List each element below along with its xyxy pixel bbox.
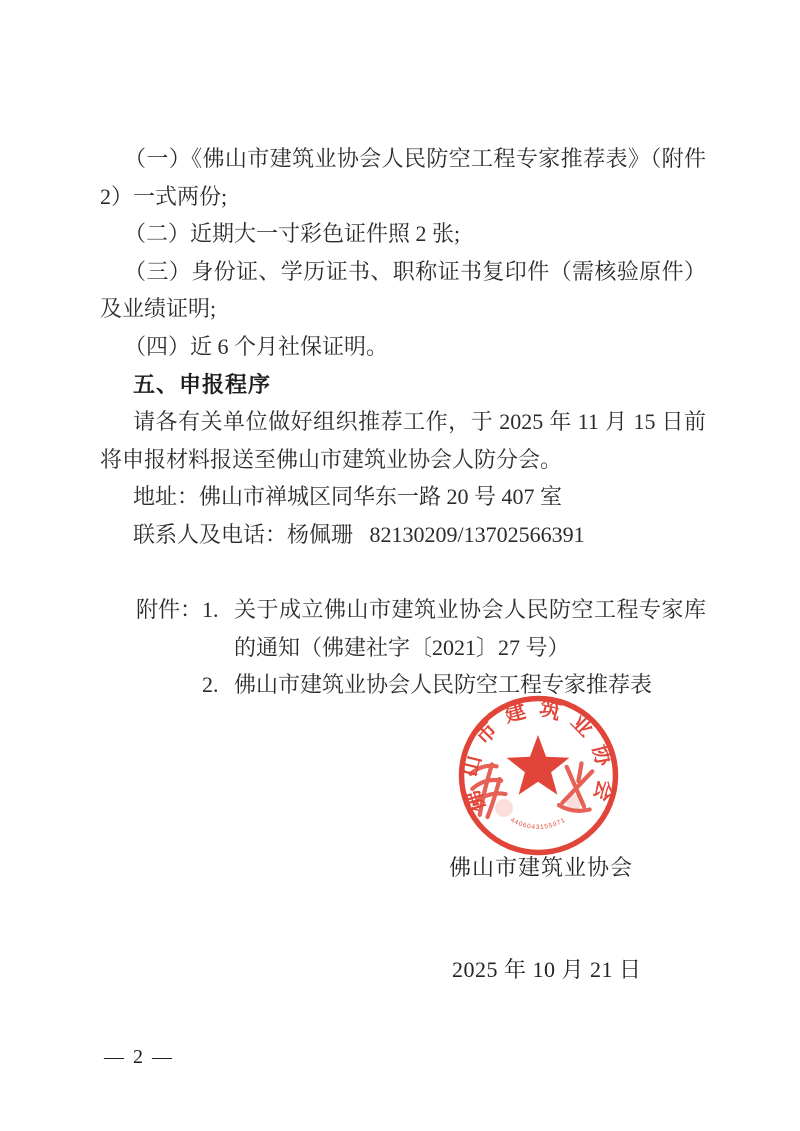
document-page: （一）《佛山市建筑业协会人民防空工程专家推荐表》（附件 2）一式两份; （二）近… xyxy=(0,0,800,1131)
attachment-item-2: 2. 佛山市建筑业协会人民防空工程专家推荐表 xyxy=(202,666,706,704)
signature-organization: 佛山市建筑业协会 xyxy=(449,851,642,885)
section-paragraph-line-1: 请各有关单位做好组织推荐工作，于 2025 年 11 月 15 日前 xyxy=(100,403,706,441)
list-item-1-line-1: （一）《佛山市建筑业协会人民防空工程专家推荐表》（附件 xyxy=(100,140,706,178)
signature-block: 佛山市建筑业协会 2025 年 10 月 21 日 xyxy=(449,783,642,1055)
signature-date: 2025 年 10 月 21 日 xyxy=(449,953,642,987)
list-item-3-line-1: （三）身份证、学历证书、职称证书复印件（需核验原件） xyxy=(100,253,706,291)
list-item-3-line-2: 及业绩证明; xyxy=(100,290,706,328)
section-paragraph-line-2: 将申报材料报送至佛山市建筑业协会人防分会。 xyxy=(100,441,706,479)
attachment-2-line: 佛山市建筑业协会人民防空工程专家推荐表 xyxy=(234,666,706,704)
attachments-label: 附件： xyxy=(136,591,202,629)
address-line: 地址：佛山市禅城区同华东一路 20 号 407 室 xyxy=(100,478,706,516)
document-body: （一）《佛山市建筑业协会人民防空工程专家推荐表》（附件 2）一式两份; （二）近… xyxy=(100,140,706,704)
list-item-2: （二）近期大一寸彩色证件照 2 张; xyxy=(100,215,706,253)
page-number: — 2 — xyxy=(104,1046,174,1069)
attachment-2-number: 2. xyxy=(202,666,234,704)
attachment-1-number: 1. xyxy=(202,591,234,629)
attachment-2-text: 佛山市建筑业协会人民防空工程专家推荐表 xyxy=(234,666,706,704)
contact-line: 联系人及电话：杨佩珊 82130209/13702566391 xyxy=(100,516,706,554)
attachments-block: 附件： 1. 关于成立佛山市建筑业协会人民防空工程专家库 的通知（佛建社字〔20… xyxy=(100,591,706,704)
attachments-list: 1. 关于成立佛山市建筑业协会人民防空工程专家库 的通知（佛建社字〔2021〕2… xyxy=(202,591,706,704)
attachment-1-text: 关于成立佛山市建筑业协会人民防空工程专家库 的通知（佛建社字〔2021〕27 号… xyxy=(234,591,706,666)
list-item-4: （四）近 6 个月社保证明。 xyxy=(100,328,706,366)
list-item-1-line-2: 2）一式两份; xyxy=(100,178,706,216)
attachment-item-1: 1. 关于成立佛山市建筑业协会人民防空工程专家库 的通知（佛建社字〔2021〕2… xyxy=(202,591,706,666)
section-heading: 五、申报程序 xyxy=(100,366,706,404)
attachment-1-line-1: 关于成立佛山市建筑业协会人民防空工程专家库 xyxy=(234,591,706,629)
blank-line xyxy=(100,554,706,592)
attachment-1-line-2: 的通知（佛建社字〔2021〕27 号） xyxy=(234,629,706,667)
